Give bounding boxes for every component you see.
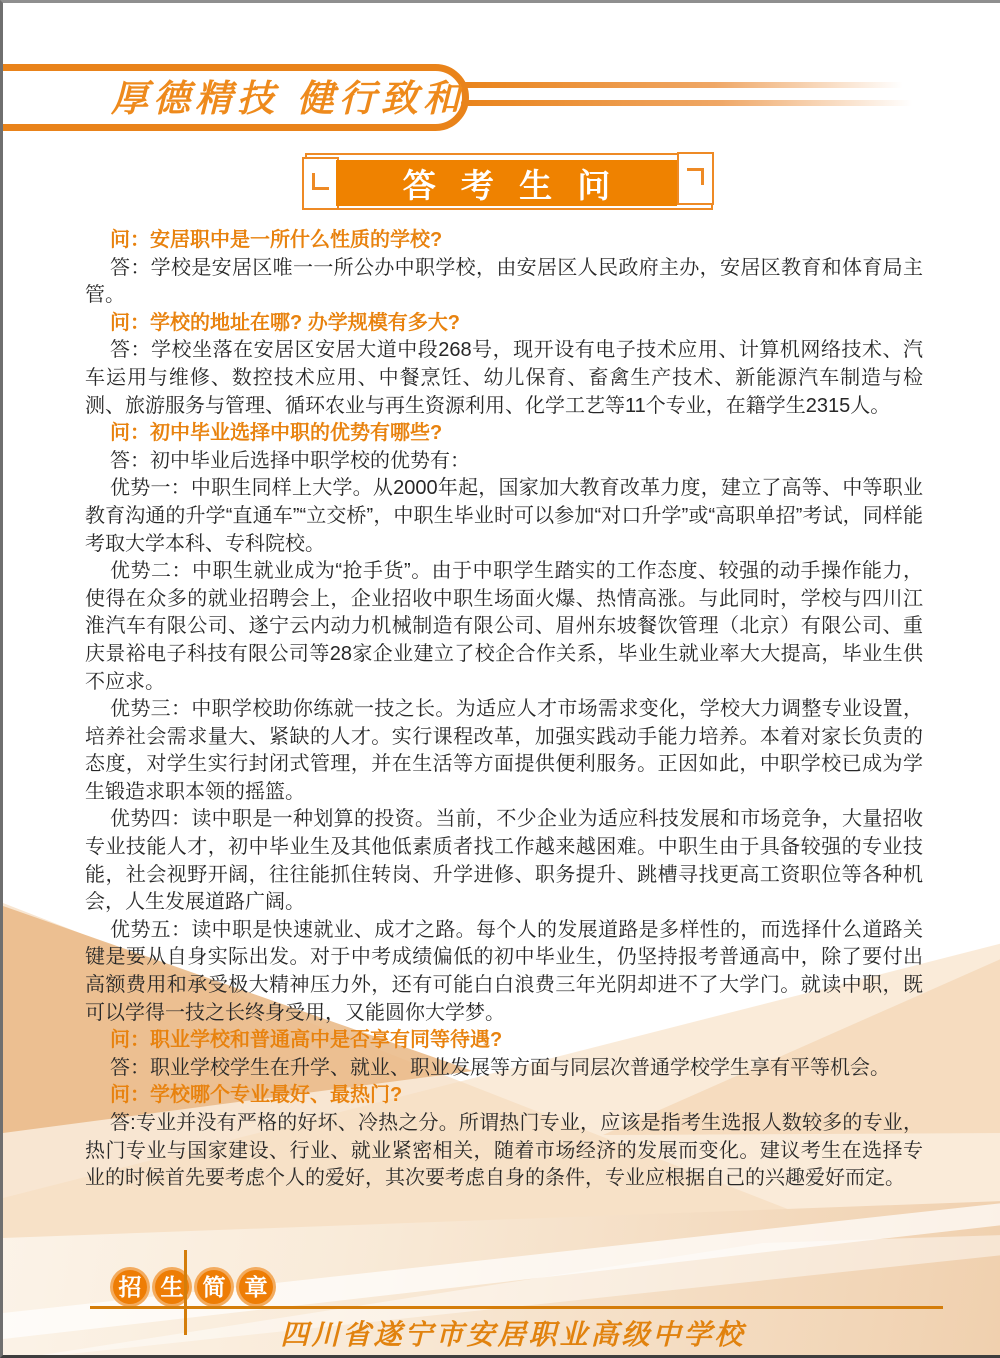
question-2: 问：学校的地址在哪? 办学规模有多大? <box>85 310 923 338</box>
question-3: 问：初中毕业选择中职的优势有哪些? <box>85 420 923 448</box>
title-corner-ornament-right <box>677 152 714 205</box>
answer-3: 答：初中毕业后选择中职学校的优势有： <box>85 448 923 476</box>
brochure-page: 厚德精技 健行致和 答 考 生 问 问：安居职中是一所什么性质的学校? 答：学校… <box>0 0 1000 1358</box>
footer-vertical-rule <box>184 1250 187 1335</box>
advantage-1: 优势一：中职生同样上大学。从2000年起，国家加大教育改革力度，建立了高等、中等… <box>85 475 923 558</box>
answer-5: 答:专业并没有严格的好坏、冷热之分。所谓热门专业，应该是指考生选报人数较多的专业… <box>85 1110 923 1193</box>
header-taper-line-bottom <box>461 100 931 106</box>
footer-badge-row: 招 生 简 章 <box>113 1270 273 1304</box>
header-taper-line-top <box>461 82 921 88</box>
question-5: 问：学校哪个专业最好、最热门? <box>85 1082 923 1110</box>
question-1: 问：安居职中是一所什么性质的学校? <box>85 227 923 255</box>
answer-1: 答：学校是安居区唯一一所公办中职学校，由安居区人民政府主办，安居区教育和体育局主… <box>85 255 923 310</box>
school-motto: 厚德精技 健行致和 <box>111 71 471 125</box>
school-name: 四川省遂宁市安居职业高级中学校 <box>263 1313 763 1353</box>
page-title-banner: 答 考 生 问 <box>336 160 677 206</box>
footer-badge-zhang: 章 <box>239 1270 273 1304</box>
footer-badge-jian: 简 <box>197 1270 231 1304</box>
advantage-4: 优势四：读中职是一种划算的投资。当前，不少企业为适应科技发展和市场竞争，大量招收… <box>85 806 923 916</box>
qa-content: 问：安居职中是一所什么性质的学校? 答：学校是安居区唯一一所公办中职学校，由安居… <box>85 227 923 1193</box>
title-corner-ornament-left <box>302 157 339 210</box>
greek-key-hook-icon <box>687 168 704 185</box>
advantage-5: 优势五：读中职是快速就业、成才之路。每个人的发展道路是多样性的，而选择什么道路关… <box>85 917 923 1027</box>
advantage-2: 优势二：中职生就业成为“抢手货”。由于中职学生踏实的工作态度、较强的动手操作能力… <box>85 558 923 696</box>
answer-2: 答：学校坐落在安居区安居大道中段268号，现开设有电子技术应用、计算机网络技术、… <box>85 337 923 420</box>
answer-4: 答：职业学校学生在升学、就业、职业发展等方面与同层次普通学校学生享有平等机会。 <box>85 1055 923 1083</box>
footer-horizontal-rule <box>90 1306 943 1309</box>
advantage-3: 优势三：中职学校助你练就一技之长。为适应人才市场需求变化，学校大力调整专业设置，… <box>85 696 923 806</box>
greek-key-hook-icon <box>312 173 329 190</box>
question-4: 问：职业学校和普通高中是否享有同等待遇? <box>85 1027 923 1055</box>
page-title: 答 考 生 问 <box>395 160 619 207</box>
footer-badge-zhao: 招 <box>113 1270 147 1304</box>
